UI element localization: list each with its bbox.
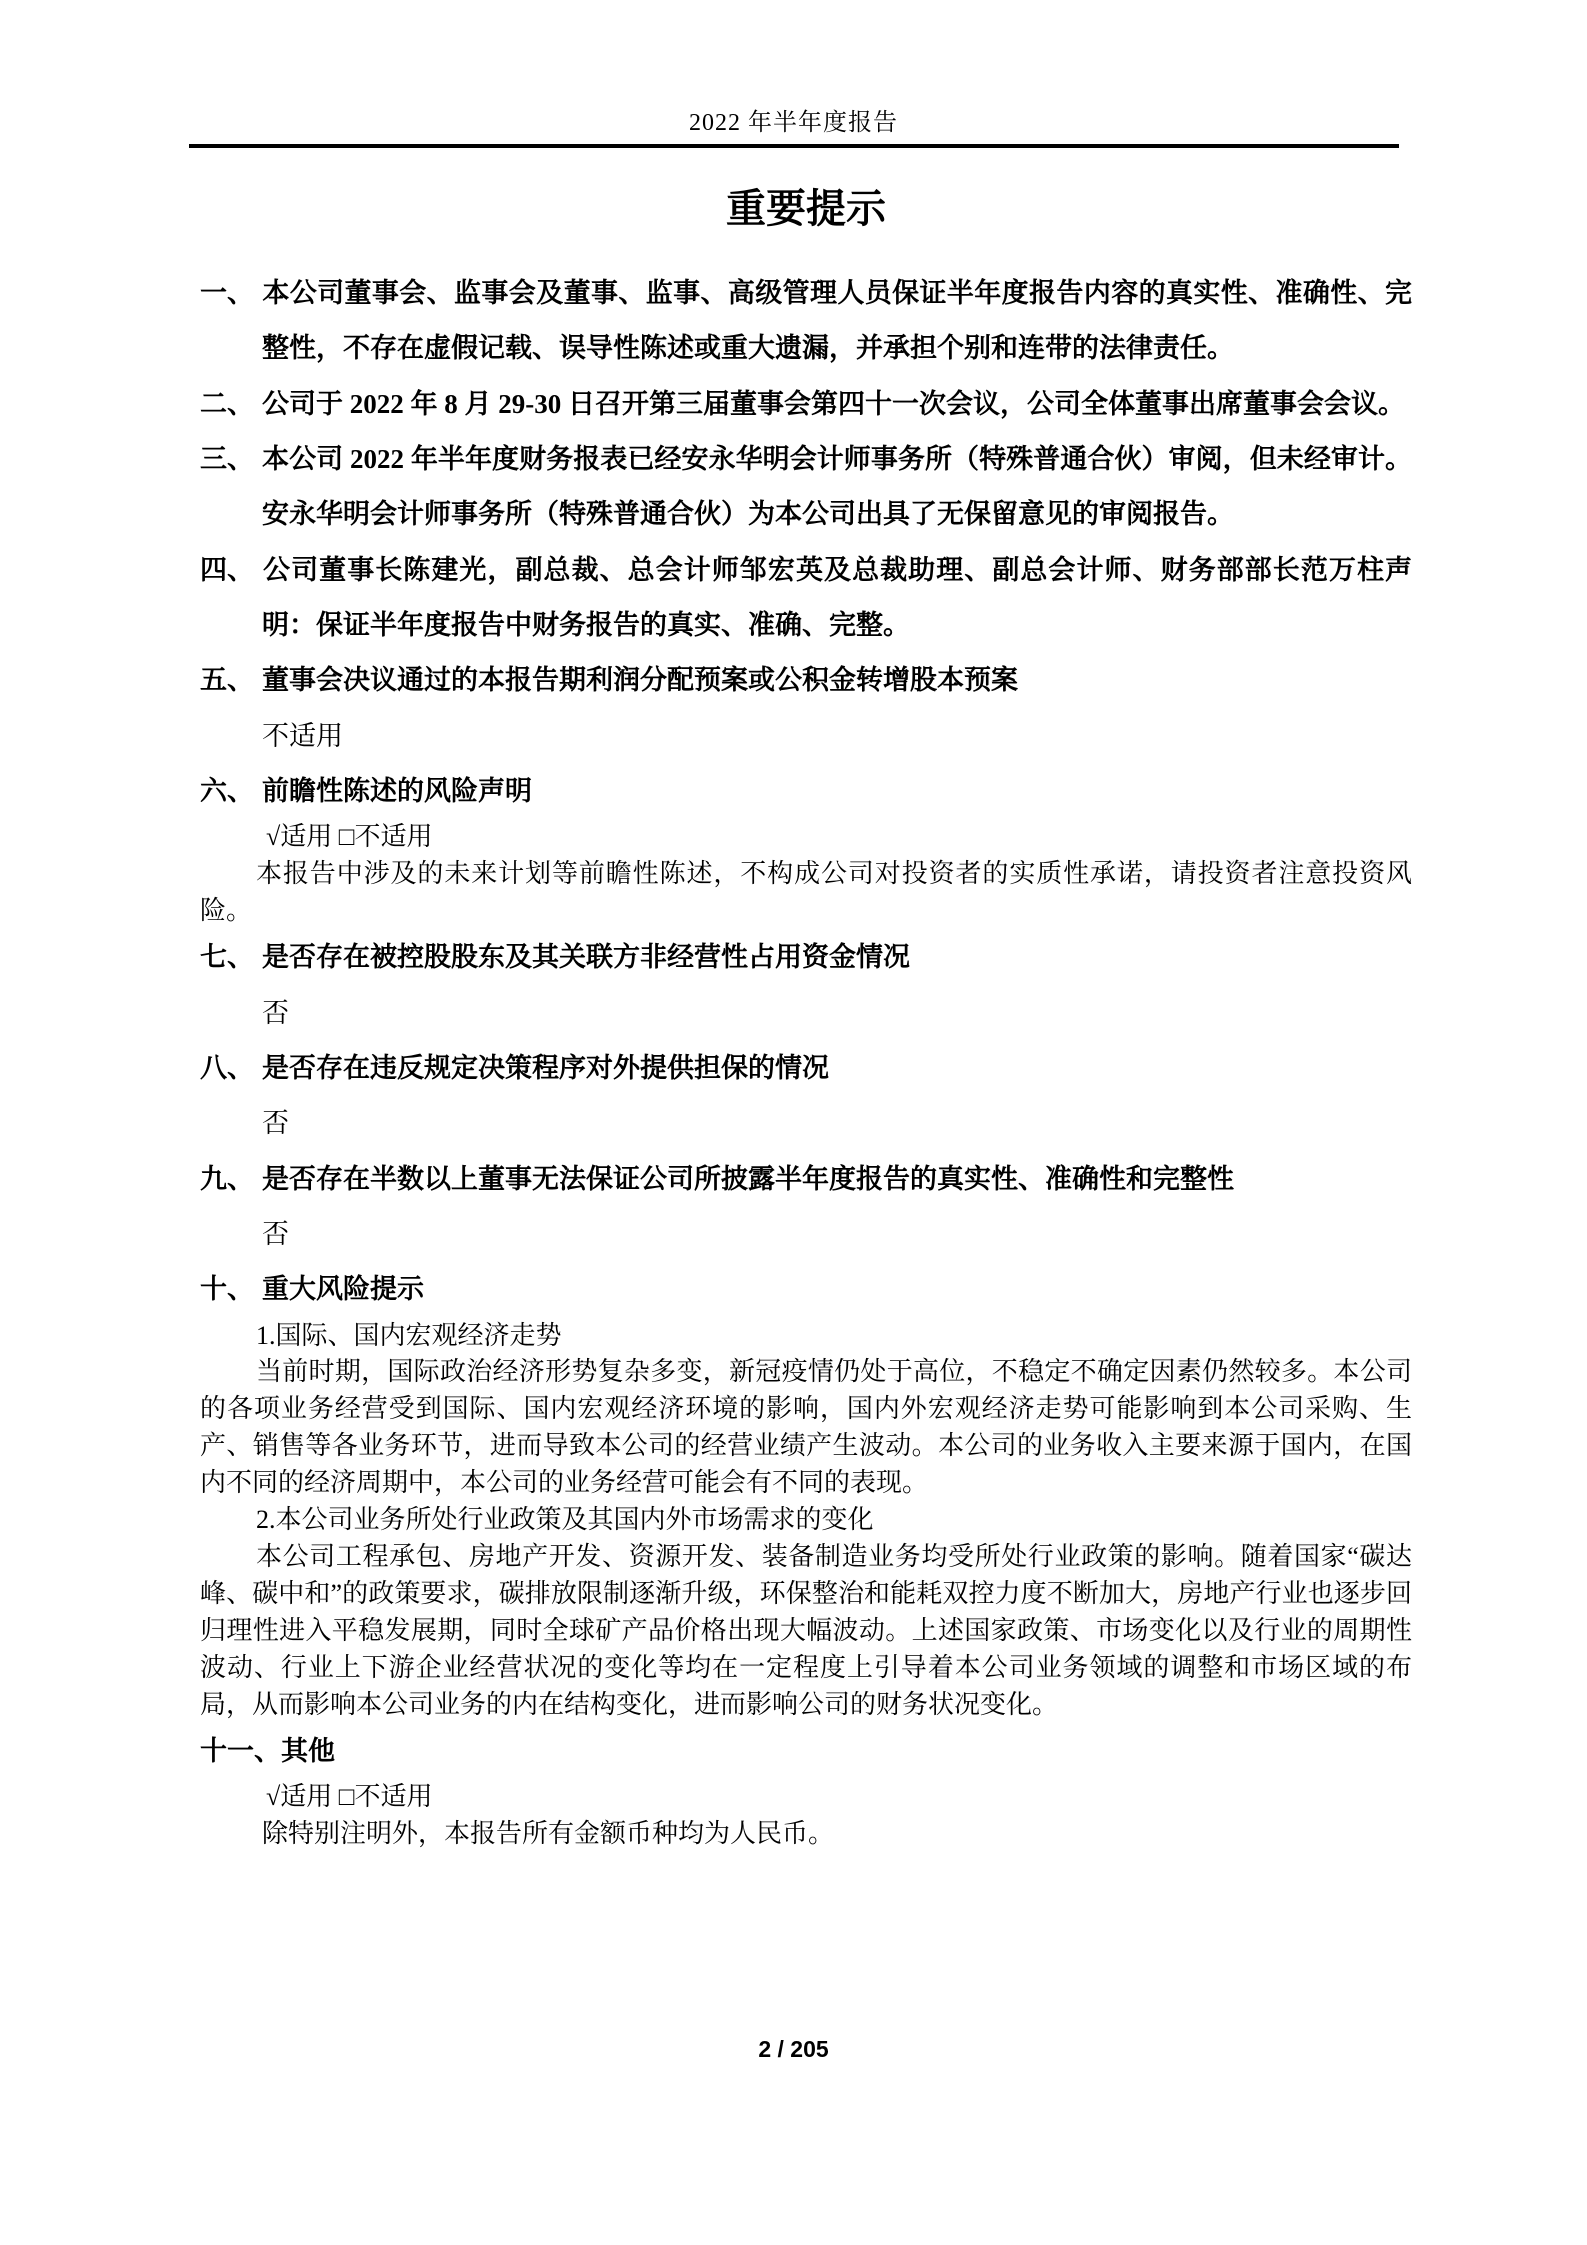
section-2: 二、公司于 2022 年 8 月 29-30 日召开第三届董事会第四十一次会议，… bbox=[200, 377, 1412, 432]
section-7-number: 七、 bbox=[200, 930, 262, 985]
section-9-number: 九、 bbox=[200, 1152, 262, 1207]
page-title: 重要提示 bbox=[200, 186, 1412, 232]
section-7: 七、是否存在被控股股东及其关联方非经营性占用资金情况 否 bbox=[200, 930, 1412, 1041]
section-5-answer: 不适用 bbox=[200, 709, 1412, 764]
risk-subsection-1-paragraph: 当前时期，国际政治经济形势复杂多变，新冠疫情仍处于高位，不稳定不确定因素仍然较多… bbox=[200, 1354, 1412, 1502]
section-9-answer: 否 bbox=[200, 1207, 1412, 1262]
section-7-heading-text: 是否存在被控股股东及其关联方非经营性占用资金情况 bbox=[262, 942, 910, 972]
section-2-number: 二、 bbox=[200, 377, 262, 432]
document-body: 重要提示 一、本公司董事会、监事会及董事、监事、高级管理人员保证半年度报告内容的… bbox=[200, 186, 1412, 1853]
running-header-title: 2022 年半年度报告 bbox=[0, 110, 1587, 136]
section-8-heading-text: 是否存在违反规定决策程序对外提供担保的情况 bbox=[262, 1053, 829, 1083]
section-5-heading-text: 董事会决议通过的本报告期利润分配预案或公积金转增股本预案 bbox=[262, 665, 1018, 695]
report-page: 2022 年半年度报告 重要提示 一、本公司董事会、监事会及董事、监事、高级管理… bbox=[0, 0, 1587, 2245]
section-6-paragraph: 本报告中涉及的未来计划等前瞻性陈述，不构成公司对投资者的实质性承诺，请投资者注意… bbox=[200, 856, 1412, 930]
section-1-number: 一、 bbox=[200, 266, 262, 321]
section-3: 三、本公司 2022 年半年度财务报表已经安永华明会计师事务所（特殊普通合伙）审… bbox=[200, 432, 1412, 543]
section-10-number: 十、 bbox=[200, 1262, 262, 1317]
section-1-heading-text: 本公司董事会、监事会及董事、监事、高级管理人员保证半年度报告内容的真实性、准确性… bbox=[262, 278, 1412, 363]
section-2-heading-text: 公司于 2022 年 8 月 29-30 日召开第三届董事会第四十一次会议，公司… bbox=[262, 389, 1405, 419]
risk-subsection-2-paragraph: 本公司工程承包、房地产开发、资源开发、装备制造业务均受所处行业政策的影响。随着国… bbox=[200, 1539, 1412, 1724]
risk-subsection-2-title: 2.本公司业务所处行业政策及其国内外市场需求的变化 bbox=[200, 1502, 1412, 1539]
section-4-number: 四、 bbox=[200, 543, 262, 598]
section-9: 九、是否存在半数以上董事无法保证公司所披露半年度报告的真实性、准确性和完整性 否 bbox=[200, 1152, 1412, 1263]
section-8-answer: 否 bbox=[200, 1096, 1412, 1151]
section-9-heading-text: 是否存在半数以上董事无法保证公司所披露半年度报告的真实性、准确性和完整性 bbox=[262, 1164, 1234, 1194]
section-10: 十、重大风险提示 1.国际、国内宏观经济走势 当前时期，国际政治经济形势复杂多变… bbox=[200, 1262, 1412, 1723]
section-10-heading: 十、重大风险提示 bbox=[200, 1262, 1412, 1317]
page-number: 2 / 205 bbox=[0, 2036, 1587, 2063]
section-6: 六、前瞻性陈述的风险声明 √适用 □不适用 本报告中涉及的未来计划等前瞻性陈述，… bbox=[200, 764, 1412, 930]
section-11-applicability-checkboxes: √适用 □不适用 bbox=[200, 1779, 1412, 1816]
section-2-heading: 二、公司于 2022 年 8 月 29-30 日召开第三届董事会第四十一次会议，… bbox=[200, 377, 1412, 432]
section-7-heading: 七、是否存在被控股股东及其关联方非经营性占用资金情况 bbox=[200, 930, 1412, 985]
section-6-applicability-checkboxes: √适用 □不适用 bbox=[200, 819, 1412, 856]
section-3-number: 三、 bbox=[200, 432, 262, 487]
section-6-heading-text: 前瞻性陈述的风险声明 bbox=[262, 776, 532, 806]
section-5-heading: 五、董事会决议通过的本报告期利润分配预案或公积金转增股本预案 bbox=[200, 653, 1412, 708]
section-4: 四、公司董事长陈建光，副总裁、总会计师邹宏英及总裁助理、副总会计师、财务部部长范… bbox=[200, 543, 1412, 654]
section-6-number: 六、 bbox=[200, 764, 262, 819]
section-11: 十一、其他 √适用 □不适用 除特别注明外，本报告所有金额币种均为人民币。 bbox=[200, 1724, 1412, 1853]
section-3-heading-text: 本公司 2022 年半年度财务报表已经安永华明会计师事务所（特殊普通合伙）审阅，… bbox=[262, 444, 1412, 529]
section-8-number: 八、 bbox=[200, 1041, 262, 1096]
section-1-heading: 一、本公司董事会、监事会及董事、监事、高级管理人员保证半年度报告内容的真实性、准… bbox=[200, 266, 1412, 377]
section-4-heading-text: 公司董事长陈建光，副总裁、总会计师邹宏英及总裁助理、副总会计师、财务部部长范万柱… bbox=[262, 555, 1412, 640]
section-11-number: 十一、 bbox=[200, 1724, 281, 1779]
section-11-paragraph: 除特别注明外，本报告所有金额币种均为人民币。 bbox=[200, 1816, 1412, 1853]
section-9-heading: 九、是否存在半数以上董事无法保证公司所披露半年度报告的真实性、准确性和完整性 bbox=[200, 1152, 1412, 1207]
page-header: 2022 年半年度报告 bbox=[0, 0, 1587, 148]
section-10-heading-text: 重大风险提示 bbox=[262, 1274, 424, 1304]
section-5: 五、董事会决议通过的本报告期利润分配预案或公积金转增股本预案 不适用 bbox=[200, 653, 1412, 764]
section-3-heading: 三、本公司 2022 年半年度财务报表已经安永华明会计师事务所（特殊普通合伙）审… bbox=[200, 432, 1412, 543]
section-1: 一、本公司董事会、监事会及董事、监事、高级管理人员保证半年度报告内容的真实性、准… bbox=[200, 266, 1412, 377]
section-6-heading: 六、前瞻性陈述的风险声明 bbox=[200, 764, 1412, 819]
section-8: 八、是否存在违反规定决策程序对外提供担保的情况 否 bbox=[200, 1041, 1412, 1152]
section-11-heading-text: 其他 bbox=[281, 1736, 335, 1766]
header-divider-rule bbox=[189, 144, 1399, 148]
section-8-heading: 八、是否存在违反规定决策程序对外提供担保的情况 bbox=[200, 1041, 1412, 1096]
section-11-heading: 十一、其他 bbox=[200, 1724, 1412, 1779]
section-7-answer: 否 bbox=[200, 986, 1412, 1041]
section-5-number: 五、 bbox=[200, 653, 262, 708]
section-4-heading: 四、公司董事长陈建光，副总裁、总会计师邹宏英及总裁助理、副总会计师、财务部部长范… bbox=[200, 543, 1412, 654]
risk-subsection-1-title: 1.国际、国内宏观经济走势 bbox=[200, 1318, 1412, 1355]
